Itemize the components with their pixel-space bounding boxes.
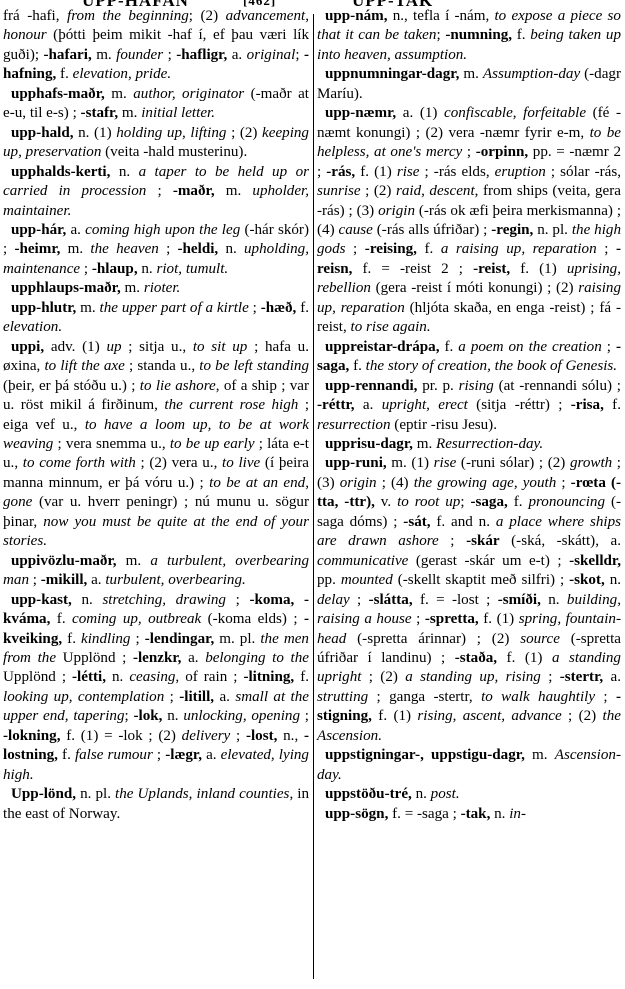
dictionary-entry: upphlaups-maðr, m. rioter. <box>3 279 309 298</box>
definition: to sit up <box>193 339 248 355</box>
definition: the Uplands, inland counties <box>115 786 289 802</box>
dictionary-entry: Upp-lönd, n. pl. the Uplands, inland cou… <box>3 785 309 824</box>
entry-text: f. and n. <box>431 514 496 530</box>
definition: a standing up, rising <box>405 669 541 685</box>
definition: rise <box>397 164 420 180</box>
entry-text: ; vera snemma u., <box>53 436 170 452</box>
definition: the growing age, youth <box>414 475 557 491</box>
headword: -regin, <box>491 222 533 238</box>
definition: to come forth with <box>23 455 136 471</box>
entry-text: ; (2) <box>361 669 405 685</box>
definition: a raising up, reparation <box>441 241 597 257</box>
entry-text: ; <box>153 747 165 763</box>
dictionary-entry: upp-hár, a. coming high upon the leg (-h… <box>3 221 309 279</box>
entry-text: n. (1) <box>74 125 117 141</box>
entry-text: a. <box>66 222 85 238</box>
entry-text: f. = -saga ; <box>388 806 460 822</box>
definition: to root up <box>397 494 460 510</box>
entry-text: a. <box>603 669 621 685</box>
definition: strutting <box>317 689 368 705</box>
entry-text: f. <box>56 66 72 82</box>
headword: -hæð, <box>261 300 297 316</box>
headword: -stertr, <box>560 669 603 685</box>
entry-text: m. <box>413 436 436 452</box>
entry-text: ; <box>436 27 445 43</box>
entry-text: ; sólar -rás, <box>546 164 621 180</box>
entry-text: ; (4) <box>377 475 414 491</box>
headword: -hafligr, <box>176 47 227 63</box>
entry-text: f. <box>296 300 309 316</box>
headword: uppreistar-drápa, <box>325 339 439 355</box>
entry-text: ; <box>146 183 173 199</box>
headword: -létti, <box>72 669 106 685</box>
definition: initial letter. <box>141 105 215 121</box>
entry-text: n., tefla í -nám, <box>388 8 495 24</box>
entry-text: ; (2) <box>226 125 262 141</box>
definition: holding up, lifting <box>116 125 226 141</box>
headword: uppstöðu-tré, <box>325 786 412 802</box>
entry-text: ; ganga -stertr, <box>368 689 481 705</box>
headword: -skot, <box>569 572 605 588</box>
entry-text: ; <box>556 475 570 491</box>
definition: from the beginning <box>67 8 189 24</box>
definition: false rumour <box>75 747 153 763</box>
dictionary-entry: uppstöðu-tré, n. post. <box>317 785 621 804</box>
entry-text: v. <box>375 494 397 510</box>
definition: a poem on the creation <box>458 339 602 355</box>
definition: rising <box>459 378 494 394</box>
entry-text: a. (1) <box>396 105 444 121</box>
entry-text: n. <box>110 164 138 180</box>
entry-text: f. <box>417 241 441 257</box>
entry-text: f. (1) <box>372 708 417 724</box>
dictionary-entry: uppivözlu-maðr, m. a turbulent, overbear… <box>3 552 309 591</box>
entry-text: m. (1) <box>387 455 434 471</box>
entry-text: (-ská, -skátt), a. <box>500 533 621 549</box>
dictionary-entry: upp-kast, n. stretching, drawing ; -koma… <box>3 591 309 786</box>
headword: upp-hár, <box>11 222 66 238</box>
entry-text: ; <box>164 689 179 705</box>
entry-text: m. <box>92 47 116 63</box>
headword: -hlaup, <box>92 261 138 277</box>
entry-text: f. <box>604 397 621 413</box>
headword: upphafs-maðr, <box>11 86 105 102</box>
headword: -heldi, <box>178 241 219 257</box>
dictionary-entry: upp-sögn, f. = -saga ; -tak, n. in- <box>317 805 621 824</box>
entry-text: f. <box>512 27 530 43</box>
entry-continuation: frá -hafi, from the beginning; (2) advan… <box>3 7 309 85</box>
entry-text: ; <box>350 592 369 608</box>
entry-text: ; (2) <box>189 8 226 24</box>
definition: communicative <box>317 553 408 569</box>
definition: belonging to the <box>205 650 309 666</box>
definition: the upper part of a kirtle <box>100 300 249 316</box>
entry-text: m. <box>459 66 483 82</box>
headword: uppi, <box>11 339 44 355</box>
entry-text: f. <box>62 631 81 647</box>
dictionary-entry: uppnumningar-dagr, m. Assumption-day (-d… <box>317 65 621 104</box>
headword: -skár <box>466 533 500 549</box>
headword: -slátta, <box>369 592 413 608</box>
entry-text: ; <box>249 300 261 316</box>
entry-text: m. <box>117 553 151 569</box>
entry-text: f. (1) <box>355 164 397 180</box>
entry-text: Upplönd ; <box>56 650 133 666</box>
entry-text: n. pl. <box>533 222 572 238</box>
entry-text: a. <box>227 47 246 63</box>
definition: founder <box>116 47 163 63</box>
headword: -lost, <box>246 728 277 744</box>
entry-text: n. <box>72 592 103 608</box>
dictionary-entry: upp-nám, n., tefla í -nám, to expose a p… <box>317 7 621 65</box>
entry-text: pr. p. <box>417 378 458 394</box>
headword: -risa, <box>571 397 604 413</box>
headword: -stafr, <box>81 105 119 121</box>
entry-text: m. <box>215 183 253 199</box>
definition: rioter. <box>144 280 180 296</box>
entry-text: ; <box>295 47 304 63</box>
definition: kindling <box>81 631 130 647</box>
entry-text: ; <box>346 241 365 257</box>
entry-text: n. <box>138 261 157 277</box>
definition: looking up, contemplation <box>3 689 164 705</box>
definition: to walk haughtily <box>481 689 595 705</box>
dictionary-entry: uppreistar-drápa, f. a poem on the creat… <box>317 338 621 377</box>
headword: -staða, <box>455 650 497 666</box>
headword: -spretta, <box>425 611 479 627</box>
definition: unlocking, opening <box>183 708 300 724</box>
definition: the heaven <box>90 241 158 257</box>
entry-text: m. <box>121 280 144 296</box>
definition: sunrise <box>317 183 361 199</box>
definition: elevation. <box>3 319 62 335</box>
entry-text: m. pl. <box>214 631 260 647</box>
entry-text: a. <box>202 747 221 763</box>
entry-text: , of rain ; <box>175 669 243 685</box>
headword: -smíði, <box>498 592 541 608</box>
definition: coming high upon the leg <box>85 222 240 238</box>
definition: confiscable, forfeitable <box>444 105 586 121</box>
entry-text: ; sitja u., <box>122 339 193 355</box>
entry-text: (sitja -réttr) ; <box>468 397 571 413</box>
definition: growth <box>570 455 612 471</box>
entry-text: ; <box>80 261 92 277</box>
headword: upp-hald, <box>11 125 74 141</box>
entry-text: a. <box>87 572 105 588</box>
definition: to lift the axe <box>44 358 124 374</box>
entry-text: ; <box>163 47 176 63</box>
entry-text: (þeir, er þá stóðu u.) ; <box>3 378 140 394</box>
definition: pronouncing <box>528 494 605 510</box>
entry-text: n. <box>162 708 183 724</box>
definition: turbulent, overbearing. <box>105 572 245 588</box>
entry-text: f. <box>349 358 365 374</box>
definition: origin <box>340 475 377 491</box>
entry-text: ; <box>226 592 249 608</box>
entry-text: ; standa u., <box>125 358 199 374</box>
entry-text: (veita -hald musterinu). <box>101 144 247 160</box>
entry-text: ; <box>300 708 309 724</box>
headword: upp-næmr, <box>325 105 396 121</box>
entry-text: n. <box>605 572 621 588</box>
definition: stretching, drawing <box>102 592 226 608</box>
entry-text: f. = -lost ; <box>413 592 498 608</box>
definition: the story of creation, the book of Genes… <box>366 358 617 374</box>
entry-text: m. <box>76 300 99 316</box>
definition: delivery <box>182 728 231 744</box>
headword: -lokning, <box>3 728 60 744</box>
entry-text: f. <box>58 747 75 763</box>
headword: -tak, <box>461 806 491 822</box>
definition: cause <box>339 222 373 238</box>
entry-text: f. (1) <box>497 650 552 666</box>
entry-text: n. <box>490 806 509 822</box>
entry-text: a. <box>214 689 235 705</box>
definition: Assumption-day <box>483 66 580 82</box>
entry-text: adv. (1) <box>44 339 106 355</box>
dictionary-entry: upp-hlutr, m. the upper part of a kirtle… <box>3 299 309 338</box>
definition: in- <box>509 806 526 822</box>
entry-text: (-spretta árinnar) ; (2) <box>346 631 520 647</box>
definition: delay <box>317 592 350 608</box>
dictionary-entry: upphalds-kerti, n. a taper to be held up… <box>3 163 309 221</box>
definition: resurrection <box>317 417 391 433</box>
headword: Upp-lönd, <box>11 786 76 802</box>
definition: author, originator <box>133 86 244 102</box>
entry-text: (-koma elds) ; <box>201 611 304 627</box>
headword: uppivözlu-maðr, <box>11 553 117 569</box>
headword: -reist, <box>473 261 510 277</box>
definition: eruption <box>495 164 546 180</box>
definition: mounted <box>341 572 393 588</box>
headword: uppnumningar-dagr, <box>325 66 459 82</box>
dictionary-entry: upphafs-maðr, m. author, originator (-ma… <box>3 85 309 124</box>
column-divider <box>313 14 314 979</box>
entry-text: frá -hafi, <box>3 8 67 24</box>
entry-text: ; <box>460 494 470 510</box>
headword: uppstigningar-, uppstigu-dagr, <box>325 747 525 763</box>
entry-text: (gerast -skár um e-t) ; <box>408 553 569 569</box>
headword: -mikill, <box>41 572 88 588</box>
headword: -réttr, <box>317 397 355 413</box>
headword: -lenzkr, <box>133 650 182 666</box>
entry-text: m. <box>525 747 555 763</box>
entry-text: ; -rás elds, <box>419 164 494 180</box>
entry-text: ; <box>595 689 616 705</box>
headword: -maðr, <box>173 183 215 199</box>
entry-text: n. pl. <box>76 786 115 802</box>
dictionary-entry: upp-næmr, a. (1) confiscable, forfeitabl… <box>317 104 621 337</box>
headword: upprisu-dagr, <box>325 436 413 452</box>
headword: -lægr, <box>165 747 202 763</box>
entry-text: m. <box>118 105 141 121</box>
headword: -reising, <box>365 241 417 257</box>
entry-text: f. <box>50 611 72 627</box>
dictionary-entry: upprisu-dagr, m. Resurrection-day. <box>317 435 621 454</box>
dictionary-entry: upp-rennandi, pr. p. rising (at -rennand… <box>317 377 621 435</box>
entry-text: (-rás alls úfriðar) ; <box>373 222 491 238</box>
headword: -sát, <box>403 514 430 530</box>
entry-text: ; <box>412 611 425 627</box>
definition: rise <box>434 455 457 471</box>
headword: upp-nám, <box>325 8 388 24</box>
left-column: frá -hafi, from the beginning; (2) advan… <box>3 7 309 824</box>
dictionary-entry: upp-hald, n. (1) holding up, lifting ; (… <box>3 124 309 163</box>
entry-text: ; <box>541 669 560 685</box>
entry-text: a. <box>181 650 205 666</box>
definition: to be left standing <box>199 358 309 374</box>
definition: rising, ascent, advance <box>417 708 561 724</box>
headword: upp-rennandi, <box>325 378 417 394</box>
entry-text: ; <box>462 144 475 160</box>
entry-text: f. <box>294 669 309 685</box>
definition: post. <box>431 786 460 802</box>
entry-text: n. <box>412 786 431 802</box>
entry-text: ; (2) vera u., <box>136 455 222 471</box>
entry-text: (eptir -risu Jesu). <box>391 417 497 433</box>
entry-text: n. <box>106 669 129 685</box>
definition: up <box>106 339 121 355</box>
entry-text: ; (2) <box>361 183 396 199</box>
entry-text: ; (2) <box>562 708 603 724</box>
definition: riot, tumult. <box>156 261 228 277</box>
definition: the current rose high <box>164 397 298 413</box>
definition: Resurrection-day. <box>436 436 543 452</box>
definition: to rise again. <box>351 319 431 335</box>
headword: -orpinn, <box>476 144 528 160</box>
definition: source <box>520 631 560 647</box>
definition: to be up early <box>170 436 255 452</box>
entry-text: m. <box>60 241 90 257</box>
definition: origin <box>378 203 415 219</box>
headword: upphalds-kerti, <box>11 164 110 180</box>
dictionary-entry: uppi, adv. (1) up ; sitja u., to sit up … <box>3 338 309 552</box>
entry-text: n. <box>218 241 244 257</box>
entry-text: a. <box>355 397 382 413</box>
entry-text: ; <box>130 631 144 647</box>
headword: upp-runi, <box>325 455 387 471</box>
headword: -lok, <box>133 708 162 724</box>
definition: now you must be quite at the end of your… <box>3 514 309 549</box>
headword: -numning, <box>445 27 512 43</box>
entry-text: f. (1) <box>510 261 567 277</box>
entry-text: n. <box>541 592 567 608</box>
definition: ceasing <box>129 669 175 685</box>
dictionary-entry: uppstigningar-, uppstigu-dagr, m. Ascens… <box>317 746 621 785</box>
headword: -saga, <box>470 494 507 510</box>
definition: raid, descent <box>396 183 475 199</box>
entry-text: f. (1) <box>479 611 519 627</box>
headword: -hafari, <box>44 47 92 63</box>
entry-text: ; <box>602 339 616 355</box>
right-column: upp-nám, n., tefla í -nám, to expose a p… <box>317 7 621 824</box>
entry-text: ; <box>29 572 41 588</box>
entry-text: f. <box>439 339 458 355</box>
headword: -skelldr, <box>569 553 621 569</box>
entry-text: (-skellt skaptit með silfri) ; <box>393 572 569 588</box>
dictionary-entry: upp-runi, m. (1) rise (-runi sólar) ; (2… <box>317 454 621 746</box>
entry-text: pp. <box>317 572 341 588</box>
headword: -lendingar, <box>145 631 214 647</box>
entry-text: ; <box>159 241 178 257</box>
definition: to lie ashore <box>140 378 216 394</box>
headword: -litill, <box>179 689 214 705</box>
definition: coming up, outbreak <box>72 611 201 627</box>
entry-text: Upplönd ; <box>3 669 72 685</box>
entry-text: (at -rennandi sólu) ; <box>494 378 621 394</box>
entry-text: ; <box>230 728 246 744</box>
definition: upright, erect <box>382 397 468 413</box>
headword: upp-sögn, <box>325 806 388 822</box>
entry-text: f. (1) = -lok ; (2) <box>60 728 181 744</box>
definition: elevation, pride. <box>73 66 172 82</box>
entry-text: ; <box>597 241 616 257</box>
headword: upp-hlutr, <box>11 300 76 316</box>
entry-text: n., <box>277 728 304 744</box>
definition: to live <box>222 455 260 471</box>
entry-text: (-runi sólar) ; (2) <box>456 455 570 471</box>
headword: -rás, <box>326 164 355 180</box>
entry-text: ; <box>439 533 466 549</box>
entry-text: f. = -reist 2 ; <box>352 261 473 277</box>
entry-text: f. <box>508 494 529 510</box>
entry-text: (gera -reist í móti konungi) ; (2) <box>371 280 578 296</box>
definition: original <box>247 47 296 63</box>
headword: -heimr, <box>14 241 60 257</box>
headword: upp-kast, <box>11 592 72 608</box>
entry-text: m. <box>105 86 133 102</box>
headword: upphlaups-maðr, <box>11 280 121 296</box>
headword: -litning, <box>243 669 294 685</box>
